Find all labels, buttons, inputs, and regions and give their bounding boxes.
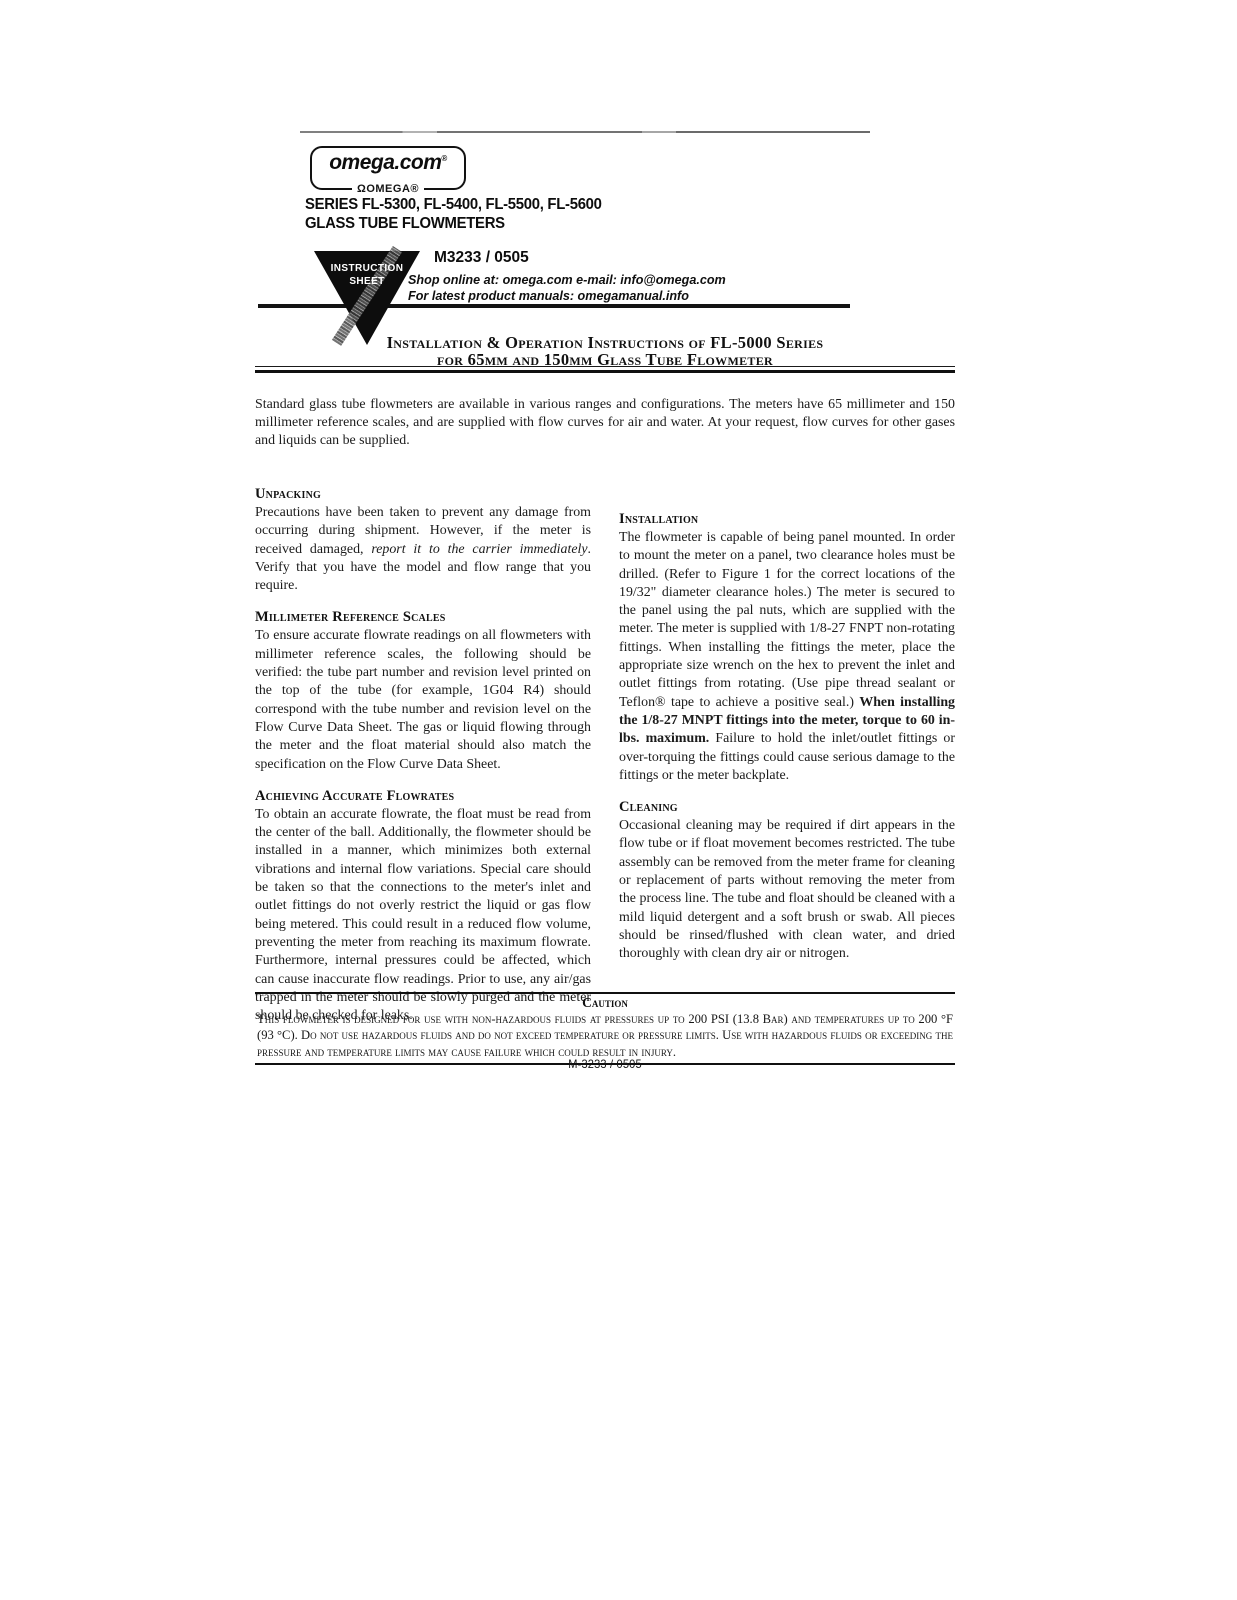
- section-cleaning: Cleaning Occasional cleaning may be requ…: [619, 799, 955, 963]
- top-divider: [300, 131, 870, 133]
- omega-brand-mark: ΩOMEGA®: [352, 183, 424, 195]
- section-heading: Unpacking: [255, 486, 591, 503]
- caution-box: Caution This flowmeter is designed for u…: [255, 992, 955, 1065]
- caution-heading: Caution: [257, 995, 953, 1010]
- manual-number: M3233 / 0505: [434, 249, 529, 267]
- series-title: SERIES FL-5300, FL-5400, FL-5500, FL-560…: [305, 196, 602, 214]
- product-manuals-line: For latest product manuals: omegamanual.…: [408, 288, 689, 303]
- omega-logo-text: omega.com®: [312, 151, 464, 175]
- omega-logo: omega.com® ΩOMEGA®: [310, 146, 466, 190]
- section-unpacking: Unpacking Precautions have been taken to…: [255, 486, 591, 595]
- section-body: Precautions have been taken to prevent a…: [255, 504, 591, 595]
- instruction-sheet-badge: INSTRUCTION SHEET: [314, 251, 420, 347]
- section-body: Occasional cleaning may be required if d…: [619, 817, 955, 963]
- shop-online-line: Shop online at: omega.com e-mail: info@o…: [408, 272, 726, 287]
- badge-label-line2: SHEET: [314, 276, 420, 287]
- right-column: Installation The flowmeter is capable of…: [619, 486, 955, 1039]
- intro-paragraph: Standard glass tube flowmeters are avail…: [255, 396, 955, 451]
- section-heading: Achieving Accurate Flowrates: [255, 788, 591, 805]
- section-body: To ensure accurate flowrate readings on …: [255, 627, 591, 773]
- section-achieving-accurate-flowrates: Achieving Accurate Flowrates To obtain a…: [255, 788, 591, 1026]
- section-heading: Millimeter Reference Scales: [255, 609, 591, 626]
- section-heading: Installation: [619, 511, 955, 528]
- section-heading: Cleaning: [619, 799, 955, 816]
- product-title: GLASS TUBE FLOWMETERS: [305, 215, 505, 233]
- caution-body: This flowmeter is designed for use with …: [257, 1011, 953, 1060]
- two-column-body: Unpacking Precautions have been taken to…: [255, 486, 955, 1039]
- title-divider: [255, 366, 955, 373]
- registered-mark-icon: ®: [441, 154, 446, 163]
- badge-label-line1: INSTRUCTION: [314, 263, 420, 274]
- section-installation: Installation The flowmeter is capable of…: [619, 511, 955, 785]
- left-column: Unpacking Precautions have been taken to…: [255, 486, 591, 1039]
- footer-document-number: M-3233 / 0505: [283, 1057, 927, 1071]
- section-millimeter-reference-scales: Millimeter Reference Scales To ensure ac…: [255, 609, 591, 773]
- section-body: The flowmeter is capable of being panel …: [619, 529, 955, 785]
- instruction-sheet-page: omega.com® ΩOMEGA® SERIES FL-5300, FL-54…: [0, 0, 1237, 1600]
